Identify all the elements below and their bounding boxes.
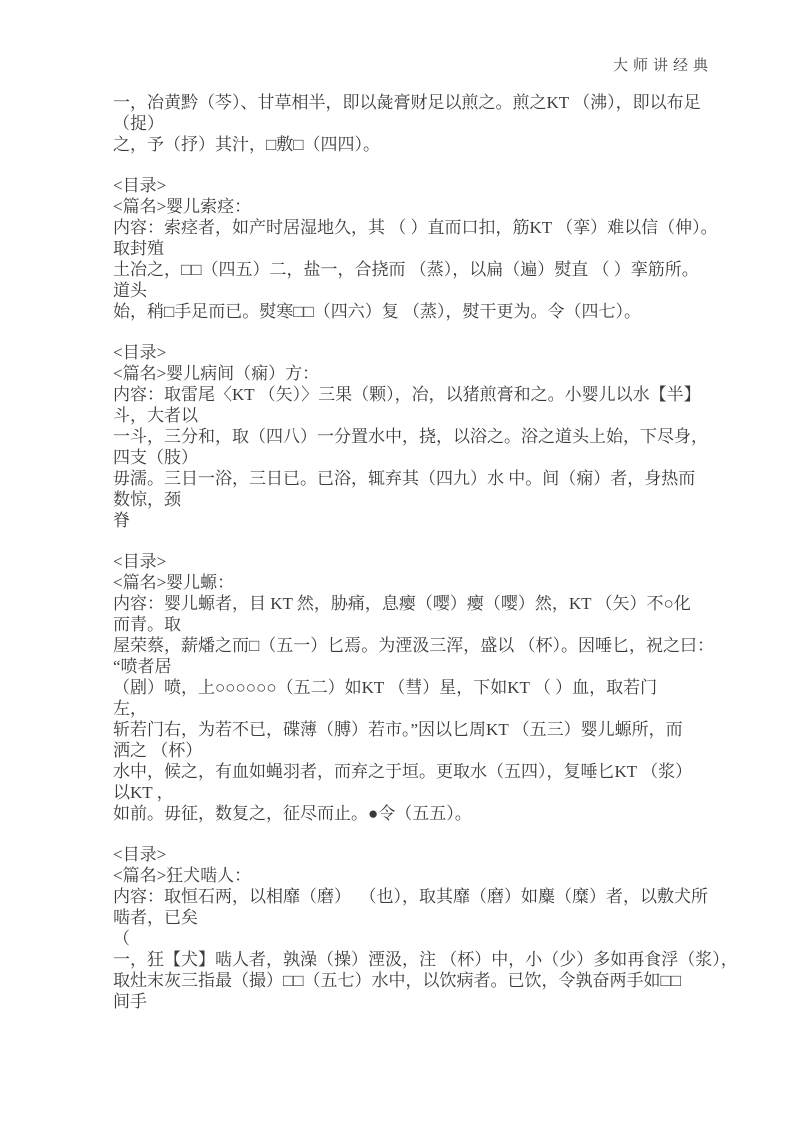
text-line: 斩若门右，为若不已，碟薄（膊）若市。”因以匕周KT （五三）婴儿螈所，而 — [113, 719, 773, 740]
text-line: 如前。毋征，数复之，征尽而止。●令（五五）。 — [113, 803, 773, 824]
text-line: 内容：取雷尾〈KT （矢）〉三果（颗），冶，以猪煎膏和之。小婴儿以水【半】 — [113, 384, 773, 405]
text-line: 取灶末灰三指最（撮）□□（五七）水中，以饮病者。已饮，令孰奋两手如□□ — [113, 970, 773, 991]
text-line: 内容：取恒石两，以相靡（磨） （也），取其靡（磨）如麋（糜）者，以敷犬所 — [113, 886, 773, 907]
page-header: 大师讲经典 — [613, 54, 713, 75]
text-line: <目录> — [113, 551, 773, 572]
text-line: 脊 — [113, 510, 773, 531]
text-line: 屋荣蔡，薪燔之而□（五一）匕焉。为湮汲三浑，盛以 （杯）。因唾匕，祝之曰： — [113, 635, 773, 656]
text-line: 而青。取 — [113, 614, 773, 635]
text-line: 一，狂【犬】啮人者，孰澡（操）湮汲，注 （杯）中，小（少）多如再食浮（浆）， — [113, 949, 773, 970]
text-line: 四支（肢） — [113, 447, 773, 468]
text-section: <目录><篇名>狂犬啮人：内容：取恒石两，以相靡（磨） （也），取其靡（磨）如麋… — [113, 844, 773, 1012]
text-line: <篇名>婴儿索痉： — [113, 196, 773, 217]
text-line: （捉） — [113, 113, 773, 134]
document-body: 一，冶黄黔（芩）、甘草相半，即以彘膏财足以煎之。煎之KT （沸），即以布足（捉）… — [113, 92, 773, 1032]
text-line: <目录> — [113, 342, 773, 363]
text-line: <篇名>婴儿螈： — [113, 572, 773, 593]
text-line: 内容：婴儿螈者，目 KT 然，胁痛，息瘿（嘤）瘿（嘤）然，KT （矢）不○化 — [113, 593, 773, 614]
text-line: <篇名>婴儿病间（痫）方： — [113, 363, 773, 384]
text-line: 一斗，三分和，取（四八）一分置水中，挠，以浴之。浴之道头上始，下尽身， — [113, 426, 773, 447]
text-line: （ — [113, 928, 773, 949]
text-line: 内容：索痉者，如产时居湿地久，其 （ ）直而口扣，筋KT （挛）难以信（伸）。 — [113, 217, 773, 238]
text-line: 以KT ， — [113, 782, 773, 803]
text-line: <篇名>狂犬啮人： — [113, 865, 773, 886]
text-section: 一，冶黄黔（芩）、甘草相半，即以彘膏财足以煎之。煎之KT （沸），即以布足（捉）… — [113, 92, 773, 155]
text-section: <目录><篇名>婴儿螈：内容：婴儿螈者，目 KT 然，胁痛，息瘿（嘤）瘿（嘤）然… — [113, 551, 773, 824]
text-line: 啮者，已矣 — [113, 907, 773, 928]
text-section: <目录><篇名>婴儿索痉：内容：索痉者，如产时居湿地久，其 （ ）直而口扣，筋K… — [113, 175, 773, 322]
text-line: 水中，候之，有血如蝇羽者，而弃之于垣。更取水（五四），复唾匕KT （浆） — [113, 761, 773, 782]
text-line: 毋濡。三日一浴，三日已。已浴，辄弃其（四九）水 中。间（痫）者，身热而 — [113, 468, 773, 489]
text-line: 之，予（抒）其汁，□敷□（四四）。 — [113, 134, 773, 155]
text-line: 取封殖 — [113, 238, 773, 259]
text-line: 土冶之，□□（四五）二，盐一，合挠而 （蒸），以扁（遍）熨直 （ ）挛筋所。 — [113, 259, 773, 280]
text-line: （剧）喷，上○○○○○○（五二）如KT （彗）星，下如KT （ ）血，取若门 — [113, 677, 773, 698]
document-page: 大师讲经典 一，冶黄黔（芩）、甘草相半，即以彘膏财足以煎之。煎之KT （沸），即… — [0, 0, 793, 1122]
text-line: <目录> — [113, 175, 773, 196]
text-line: 斗，大者以 — [113, 405, 773, 426]
text-line: 数惊，颈 — [113, 489, 773, 510]
text-line: 一，冶黄黔（芩）、甘草相半，即以彘膏财足以煎之。煎之KT （沸），即以布足 — [113, 92, 773, 113]
text-line: <目录> — [113, 844, 773, 865]
text-line: 始，稍□手足而已。熨寒□□（四六）复 （蒸），熨干更为。令（四七）。 — [113, 301, 773, 322]
text-section: <目录><篇名>婴儿病间（痫）方：内容：取雷尾〈KT （矢）〉三果（颗），冶，以… — [113, 342, 773, 531]
text-line: 左， — [113, 698, 773, 719]
text-line: 洒之 （杯） — [113, 740, 773, 761]
text-line: 间手 — [113, 991, 773, 1012]
text-line: “喷者居 — [113, 656, 773, 677]
text-line: 道头 — [113, 280, 773, 301]
